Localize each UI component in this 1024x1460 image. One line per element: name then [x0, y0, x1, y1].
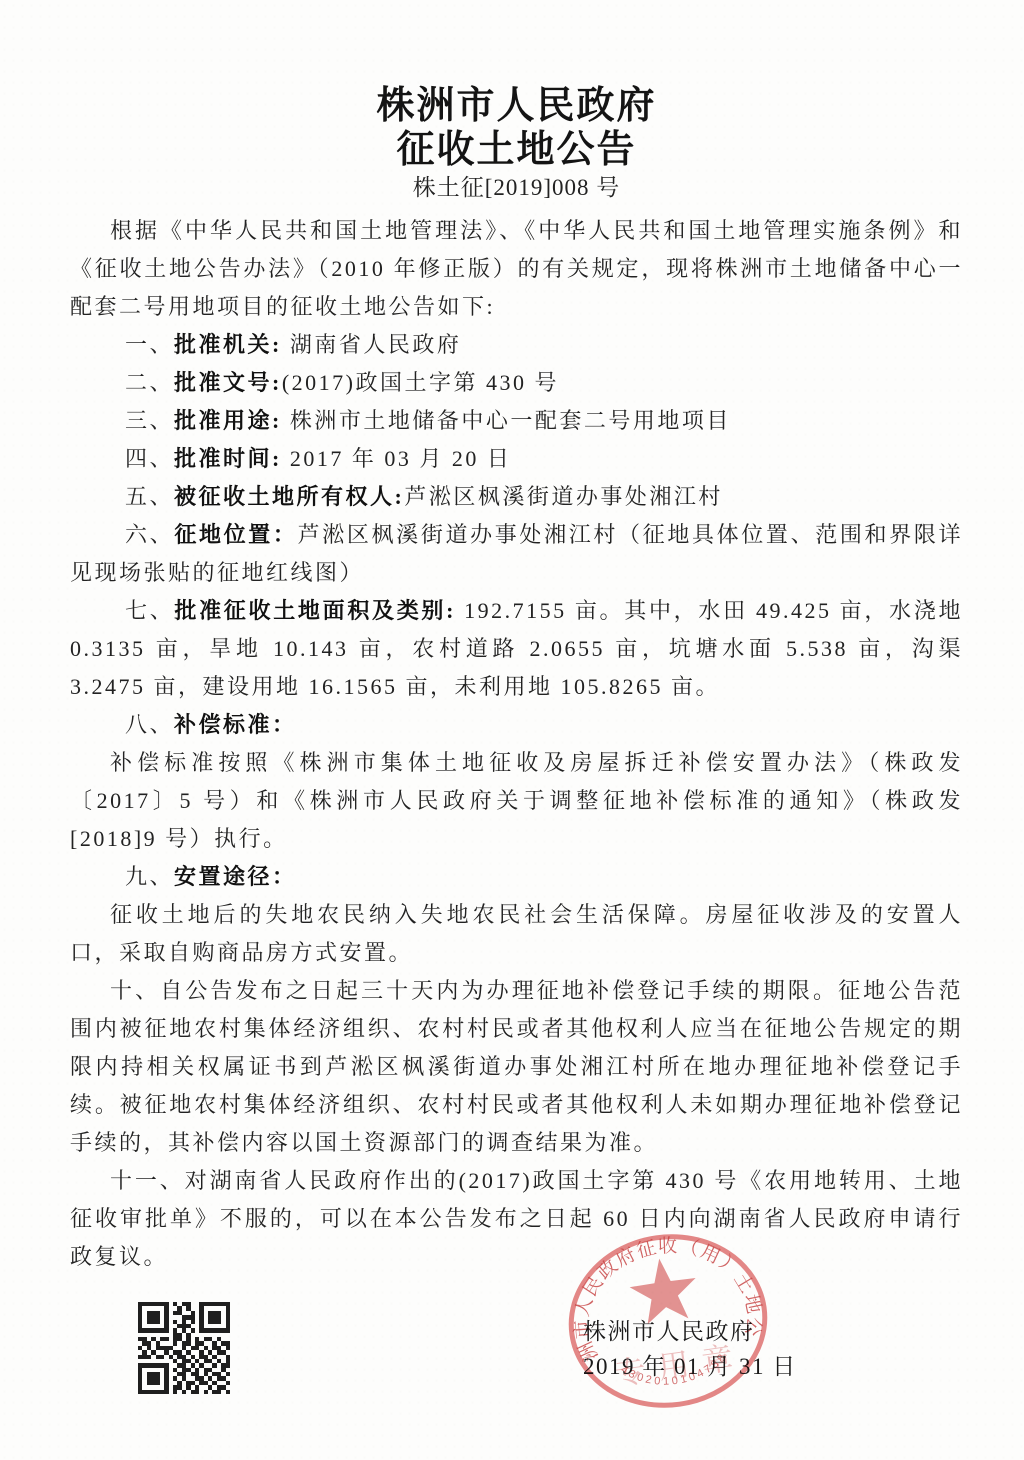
- item-approval-doc-number: 二、批准文号:(2017)政国土字第 430 号: [70, 364, 963, 402]
- item-number: 二、: [125, 370, 174, 395]
- item-approved-use: 三、批准用途: 株洲市土地储备中心一配套二号用地项目: [70, 402, 963, 440]
- item-label: 安置途径：: [174, 864, 297, 889]
- item-approval-authority: 一、批准机关: 湖南省人民政府: [70, 326, 963, 364]
- item-land-owner: 五、被征收土地所有权人:芦淞区枫溪街道办事处湘江村: [70, 478, 963, 516]
- item-number: 七、: [125, 598, 174, 623]
- item-compensation-standard: 八、补偿标准：: [70, 706, 963, 744]
- item-number: 一、: [125, 332, 174, 357]
- item-text: 芦淞区枫溪街道办事处湘江村: [404, 484, 723, 509]
- item-label: 补偿标准：: [174, 712, 297, 737]
- item-label: 批准文号:: [174, 370, 282, 395]
- item-text: 株洲市土地储备中心一配套二号用地项目: [282, 408, 731, 433]
- item-number: 八、: [125, 712, 174, 737]
- document-title-line1: 株洲市人民政府: [70, 84, 963, 128]
- paragraph-review-rights: 十一、对湖南省人民政府作出的(2017)政国土字第 430 号《农用地转用、土地…: [70, 1162, 963, 1276]
- document-title-line2: 征收土地公告: [70, 128, 963, 172]
- seal-star-icon: [626, 1254, 701, 1326]
- item-label: 被征收土地所有权人:: [174, 484, 404, 509]
- intro-paragraph: 根据《中华人民共和国土地管理法》、《中华人民共和国土地管理实施条例》和《征收土地…: [70, 212, 963, 326]
- item-label: 批准征收土地面积及类别:: [174, 598, 456, 623]
- item-number: 四、: [125, 446, 174, 471]
- item-number: 五、: [125, 484, 174, 509]
- item-label: 征地位置：: [174, 522, 297, 547]
- document-body: 株洲市人民政府 征收土地公告 株土征[2019]008 号 根据《中华人民共和国…: [70, 0, 963, 1276]
- qr-code: [138, 1302, 230, 1394]
- item-approval-date: 四、批准时间: 2017 年 03 月 20 日: [70, 440, 963, 478]
- document-number: 株土征[2019]008 号: [70, 174, 963, 201]
- item-text: 湖南省人民政府: [282, 332, 462, 357]
- paragraph-registration-deadline: 十、自公告发布之日起三十天内为办理征地补偿登记手续的期限。征地公告范围内被征地农…: [70, 972, 963, 1162]
- seal-graphic: 株洲市人民政府征收（用）土地公告 专用章 4302010104788: [553, 1218, 784, 1423]
- official-seal: 株洲市人民政府征收（用）土地公告 专用章 4302010104788: [553, 1218, 784, 1423]
- paragraph-resettlement: 征收土地后的失地农民纳入失地农民社会生活保障。房屋征收涉及的安置人口，采取自购商…: [70, 896, 963, 972]
- item-land-area: 七、批准征收土地面积及类别: 192.7155 亩。其中，水田 49.425 亩…: [70, 592, 963, 706]
- item-number: 六、: [125, 522, 174, 547]
- item-resettlement: 九、安置途径：: [70, 858, 963, 896]
- item-number: 三、: [125, 408, 174, 433]
- item-text: 2017 年 03 月 20 日: [282, 446, 512, 471]
- scanned-announcement-page: 株洲市人民政府 征收土地公告 株土征[2019]008 号 根据《中华人民共和国…: [0, 0, 1024, 1460]
- item-label: 批准用途:: [174, 408, 282, 433]
- item-label: 批准时间:: [174, 446, 282, 471]
- item-label: 批准机关:: [174, 332, 282, 357]
- item-number: 九、: [125, 864, 174, 889]
- item-text: (2017)政国土字第 430 号: [282, 370, 559, 395]
- item-land-location: 六、征地位置：芦淞区枫溪街道办事处湘江村（征地具体位置、范围和界限详见现场张贴的…: [70, 516, 963, 592]
- paragraph-compensation: 补偿标准按照《株洲市集体土地征收及房屋拆迁补偿安置办法》（株政发〔2017〕5 …: [70, 744, 963, 858]
